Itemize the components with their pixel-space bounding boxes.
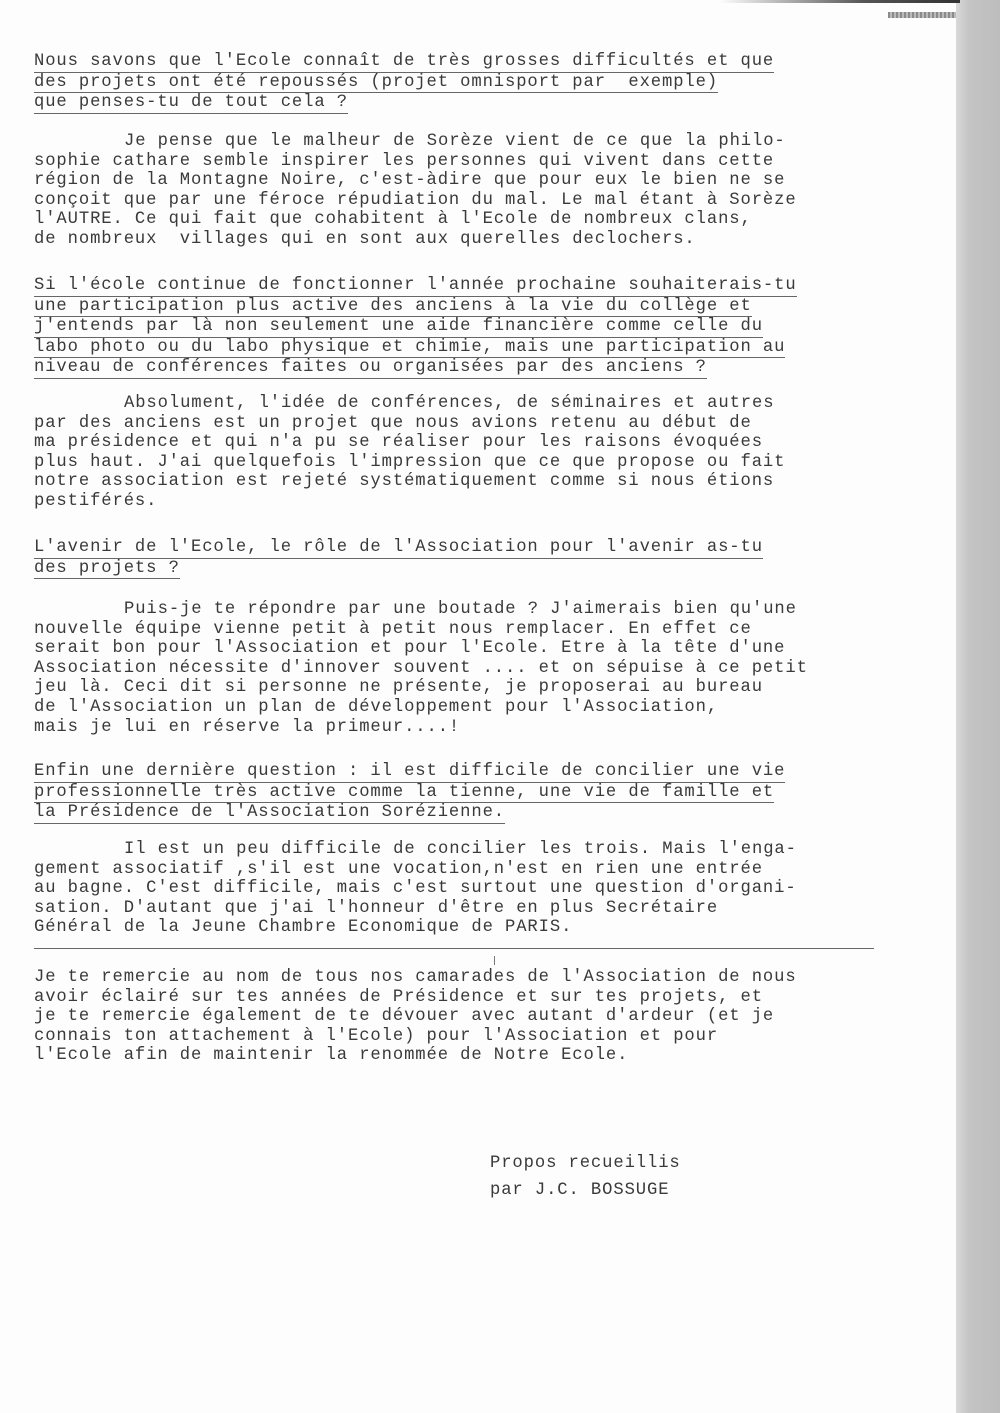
text-line: l'AUTRE. Ce qui fait que cohabitent à l'… [34, 210, 894, 230]
text-line: Si l'école continue de fonctionner l'ann… [34, 276, 797, 297]
text-line: la Présidence de l'Association Sorézienn… [34, 803, 505, 824]
closing-remarks: Je te remercie au nom de tous nos camara… [34, 968, 894, 1066]
text-line: plus haut. J'ai quelquefois l'impression… [34, 453, 894, 473]
text-line: nouvelle équipe vienne petit à petit nou… [34, 620, 894, 640]
text-line: conçoit que par une féroce répudiation d… [34, 191, 894, 211]
text-line: région de la Montagne Noire, c'est-àdire… [34, 171, 894, 191]
text-line: des projets ? [34, 559, 180, 580]
text-line: Nous savons que l'Ecole connaît de très … [34, 52, 774, 73]
divider-tick-mark [494, 956, 495, 965]
text-line: au bagne. C'est difficile, mais c'est su… [34, 879, 894, 899]
text-line: je te remercie également de te dévouer a… [34, 1007, 894, 1027]
answer-1: Je pense que le malheur de Sorèze vient … [34, 132, 894, 250]
text-line: Puis-je te répondre par une boutade ? J'… [34, 600, 894, 620]
text-line: Enfin une dernière question : il est dif… [34, 762, 785, 783]
signature-line: Propos recueillis [490, 1150, 681, 1177]
text-line: que penses-tu de tout cela ? [34, 93, 348, 114]
text-line: Je te remercie au nom de tous nos camara… [34, 968, 894, 988]
section-divider [34, 948, 874, 949]
text-line: Association nécessite d'innover souvent … [34, 659, 894, 679]
text-line: des projets ont été repoussés (projet om… [34, 73, 718, 94]
question-1: Nous savons que l'Ecole connaît de très … [34, 52, 894, 114]
text-line: Général de la Jeune Chambre Economique d… [34, 918, 894, 938]
signature-author: par J.C. BOSSUGE [490, 1177, 681, 1204]
question-2: Si l'école continue de fonctionner l'ann… [34, 276, 894, 379]
text-line: connais ton attachement à l'Ecole) pour … [34, 1027, 894, 1047]
text-line: notre association est rejeté systématiqu… [34, 472, 894, 492]
text-line: jeu là. Ceci dit si personne ne présente… [34, 678, 894, 698]
page-edge-shadow [956, 0, 1000, 1413]
signature-block: Propos recueillis par J.C. BOSSUGE [490, 1150, 681, 1204]
scan-edge-mark [720, 0, 960, 3]
text-line: l'Ecole afin de maintenir la renommée de… [34, 1046, 894, 1066]
text-line: sophie cathare semble inspirer les perso… [34, 152, 894, 172]
answer-2: Absolument, l'idée de conférences, de sé… [34, 394, 894, 512]
answer-3: Puis-je te répondre par une boutade ? J'… [34, 600, 894, 737]
text-line: ma présidence et qui n'a pu se réaliser … [34, 433, 894, 453]
text-line: pestiférés. [34, 492, 894, 512]
text-line: L'avenir de l'Ecole, le rôle de l'Associ… [34, 538, 763, 559]
text-line: gement associatif ,s'il est une vocation… [34, 860, 894, 880]
text-line: serait bon pour l'Association et pour l'… [34, 639, 894, 659]
text-line: professionnelle très active comme la tie… [34, 783, 774, 804]
text-line: j'entends par là non seulement une aide … [34, 317, 763, 338]
text-line: Je pense que le malheur de Sorèze vient … [34, 132, 894, 152]
text-line: Absolument, l'idée de conférences, de sé… [34, 394, 894, 414]
text-line: niveau de conférences faites ou organisé… [34, 358, 707, 379]
text-line: de nombreux villages qui en sont aux que… [34, 230, 894, 250]
question-3: L'avenir de l'Ecole, le rôle de l'Associ… [34, 538, 894, 579]
corner-stamp-mark [888, 12, 956, 18]
question-4: Enfin une dernière question : il est dif… [34, 762, 894, 824]
text-line: avoir éclairé sur tes années de Présiden… [34, 988, 894, 1008]
text-line: mais je lui en réserve la primeur....! [34, 718, 894, 738]
text-line: une participation plus active des ancien… [34, 297, 752, 318]
text-line: par des anciens est un projet que nous a… [34, 414, 894, 434]
text-line: labo photo ou du labo physique et chimie… [34, 338, 785, 359]
text-line: sation. D'autant que j'ai l'honneur d'êt… [34, 899, 894, 919]
answer-4: Il est un peu difficile de concilier les… [34, 840, 894, 938]
text-line: de l'Association un plan de développemen… [34, 698, 894, 718]
text-line: Il est un peu difficile de concilier les… [34, 840, 894, 860]
